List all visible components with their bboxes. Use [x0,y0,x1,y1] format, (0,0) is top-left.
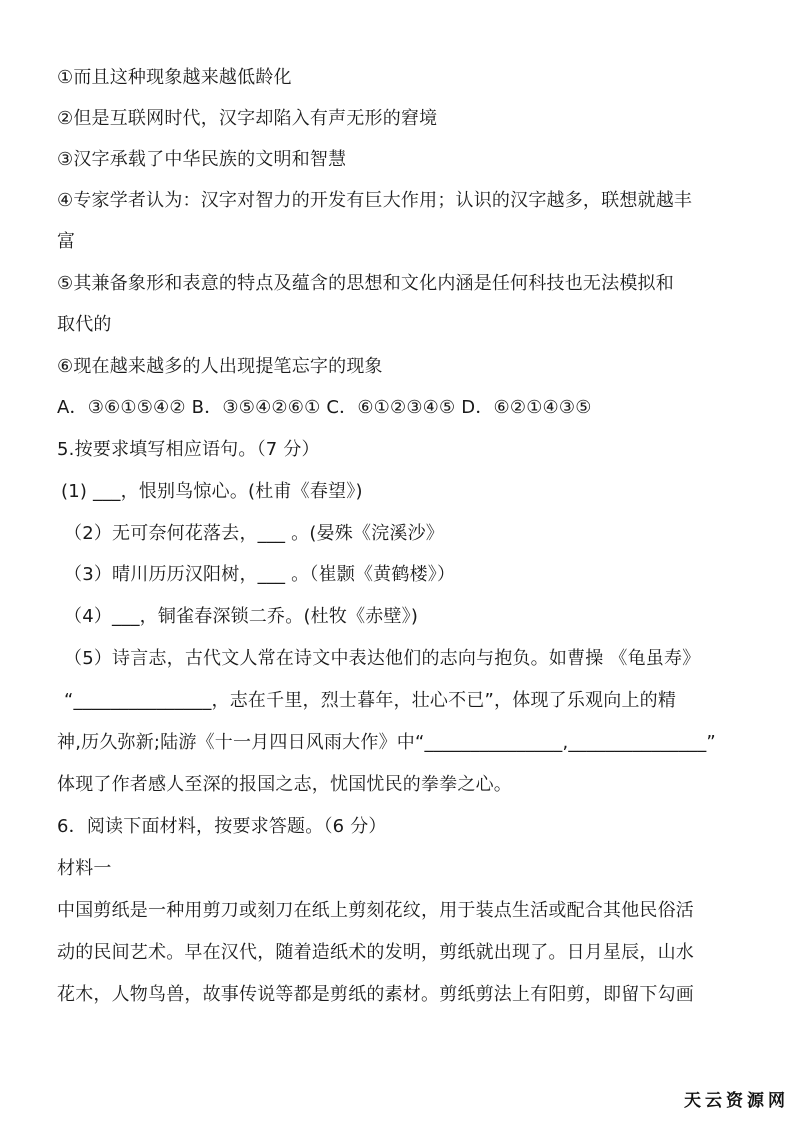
q5-item-1: (1) ___，恨别鸟惊心。(杜甫《春望》) [61,480,363,504]
sentence-5-cont: 取代的 [57,313,112,337]
answer-options: A．③⑥①⑤④② B．③⑤④②⑥① C．⑥①②③④⑤ D．⑥②①④③⑤ [57,396,592,420]
material-paragraph-line-1: 中国剪纸是一种用剪刀或刻刀在纸上剪刻花纹，用于装点生活或配合其他民俗活 [57,899,694,923]
sentence-6: ⑥现在越来越多的人出现提笔忘字的现象 [57,355,383,379]
q5-item-4: （4）___，铜雀春深锁二乔。(杜牧《赤壁》) [64,605,418,629]
sentence-1: ①而且这种现象越来越低龄化 [57,66,292,90]
sentence-4-cont: 富 [57,230,75,254]
q5-item-5-line4: 体现了作者感人至深的报国之志，忧国忧民的拳拳之心。 [57,773,512,797]
material-label: 材料一 [57,857,112,881]
sentence-3: ③汉字承载了中华民族的文明和智慧 [57,148,346,172]
material-paragraph-line-3: 花木，人物鸟兽，故事传说等都是剪纸的素材。剪纸剪法上有阳剪，即留下勾画 [57,983,694,1007]
q5-item-5: （5）诗言志，古代文人常在诗文中表达他们的志向与抱负。如曹操 《龟虽寿》 [64,647,700,671]
sentence-5: ⑤其兼备象形和表意的特点及蕴含的思想和文化内涵是任何科技也无法模拟和 [57,272,674,296]
question-6-title: 6．阅读下面材料，按要求答题。（6 分） [57,815,387,839]
sentence-4: ④专家学者认为：汉字对智力的开发有巨大作用；认识的汉字越多，联想就越丰 [57,189,692,213]
material-paragraph-line-2: 动的民间艺术。早在汉代，随着造纸术的发明，剪纸就出现了。日月星辰，山水 [57,941,694,965]
q5-item-2: （2）无可奈何花落去，___ 。(晏殊《浣溪沙》 [64,522,444,546]
question-5-title: 5.按要求填写相应语句。（7 分） [57,438,320,462]
q5-item-5-line3: 神,历久弥新;陆游《十一月四日风雨大作》中“_______________,__… [57,731,716,755]
sentence-2: ②但是互联网时代，汉字却陷入有声无形的窘境 [57,107,437,131]
q5-item-3: （3）晴川历历汉阳树，___ 。（崔颢《黄鹤楼》） [64,563,455,587]
q5-item-5-line2: “_______________，志在千里，烈士暮年，壮心不已”，体现了乐观向上… [64,689,676,713]
watermark-logo: 天云资源网 [684,1086,789,1111]
